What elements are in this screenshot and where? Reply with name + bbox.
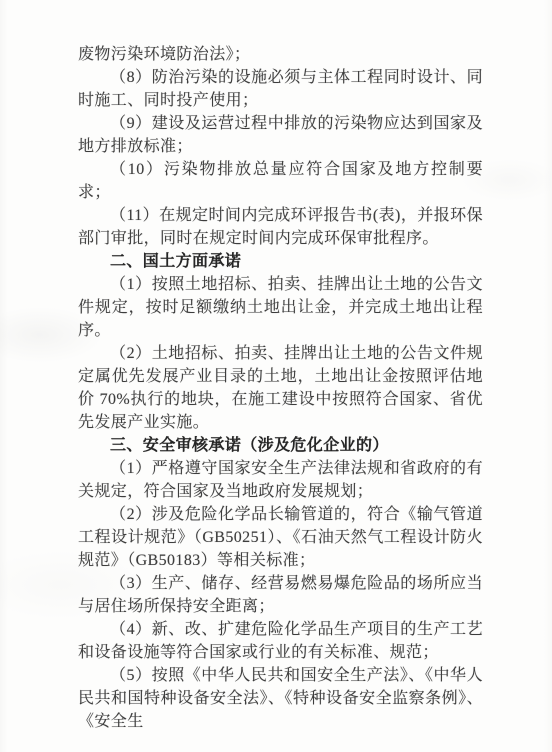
section-heading-safety: 三、安全审核承诺（涉及危化企业的） — [78, 434, 483, 457]
paragraph-item-9: （9）建设及运营过程中排放的污染物应达到国家及地方排放标准； — [78, 112, 483, 158]
paragraph-safety-4: （4）新、改、扩建危险化学品生产项目的生产工艺和设备设施等符合国家或行业的有关标… — [78, 618, 483, 664]
paragraph-safety-5: （5）按照《中华人民共和国安全生产法》、《中华人民共和国特种设备安全法》、《特种… — [78, 664, 483, 733]
paragraph-safety-1: （1）严格遵守国家安全生产法律法规和省政府的有关规定，符合国家及当地政府发展规划… — [78, 457, 483, 503]
paragraph-item-11: （11）在规定时间内完成环评报告书(表)，并报环保部门审批，同时在规定时间内完成… — [78, 204, 483, 250]
paragraph-item-10: （10）污染物排放总量应符合国家及地方控制要求； — [78, 158, 483, 204]
document-page: 废物污染环境防治法》； （8）防治污染的设施必须与主体工程同时设计、同时施工、同… — [0, 0, 552, 752]
paragraph-land-1: （1）按照土地招标、拍卖、挂牌出让土地的公告文件规定，按时足额缴纳土地出让金，并… — [78, 273, 483, 342]
paragraph-continuation: 废物污染环境防治法》； — [78, 43, 483, 66]
paragraph-land-2: （2）土地招标、拍卖、挂牌出让土地的公告文件规定属优先发展产业目录的土地，土地出… — [78, 342, 483, 434]
paragraph-item-8: （8）防治污染的设施必须与主体工程同时设计、同时施工、同时投产使用； — [78, 66, 483, 112]
paragraph-safety-3: （3）生产、储存、经营易燃易爆危险品的场所应当与居住场所保持安全距离； — [78, 572, 483, 618]
paragraph-safety-2: （2）涉及危险化学品长输管道的，符合《输气管道工程设计规范》（GB50251）、… — [78, 503, 483, 572]
document-text-block: 废物污染环境防治法》； （8）防治污染的设施必须与主体工程同时设计、同时施工、同… — [78, 43, 483, 733]
section-heading-land: 二、国土方面承诺 — [78, 250, 483, 273]
